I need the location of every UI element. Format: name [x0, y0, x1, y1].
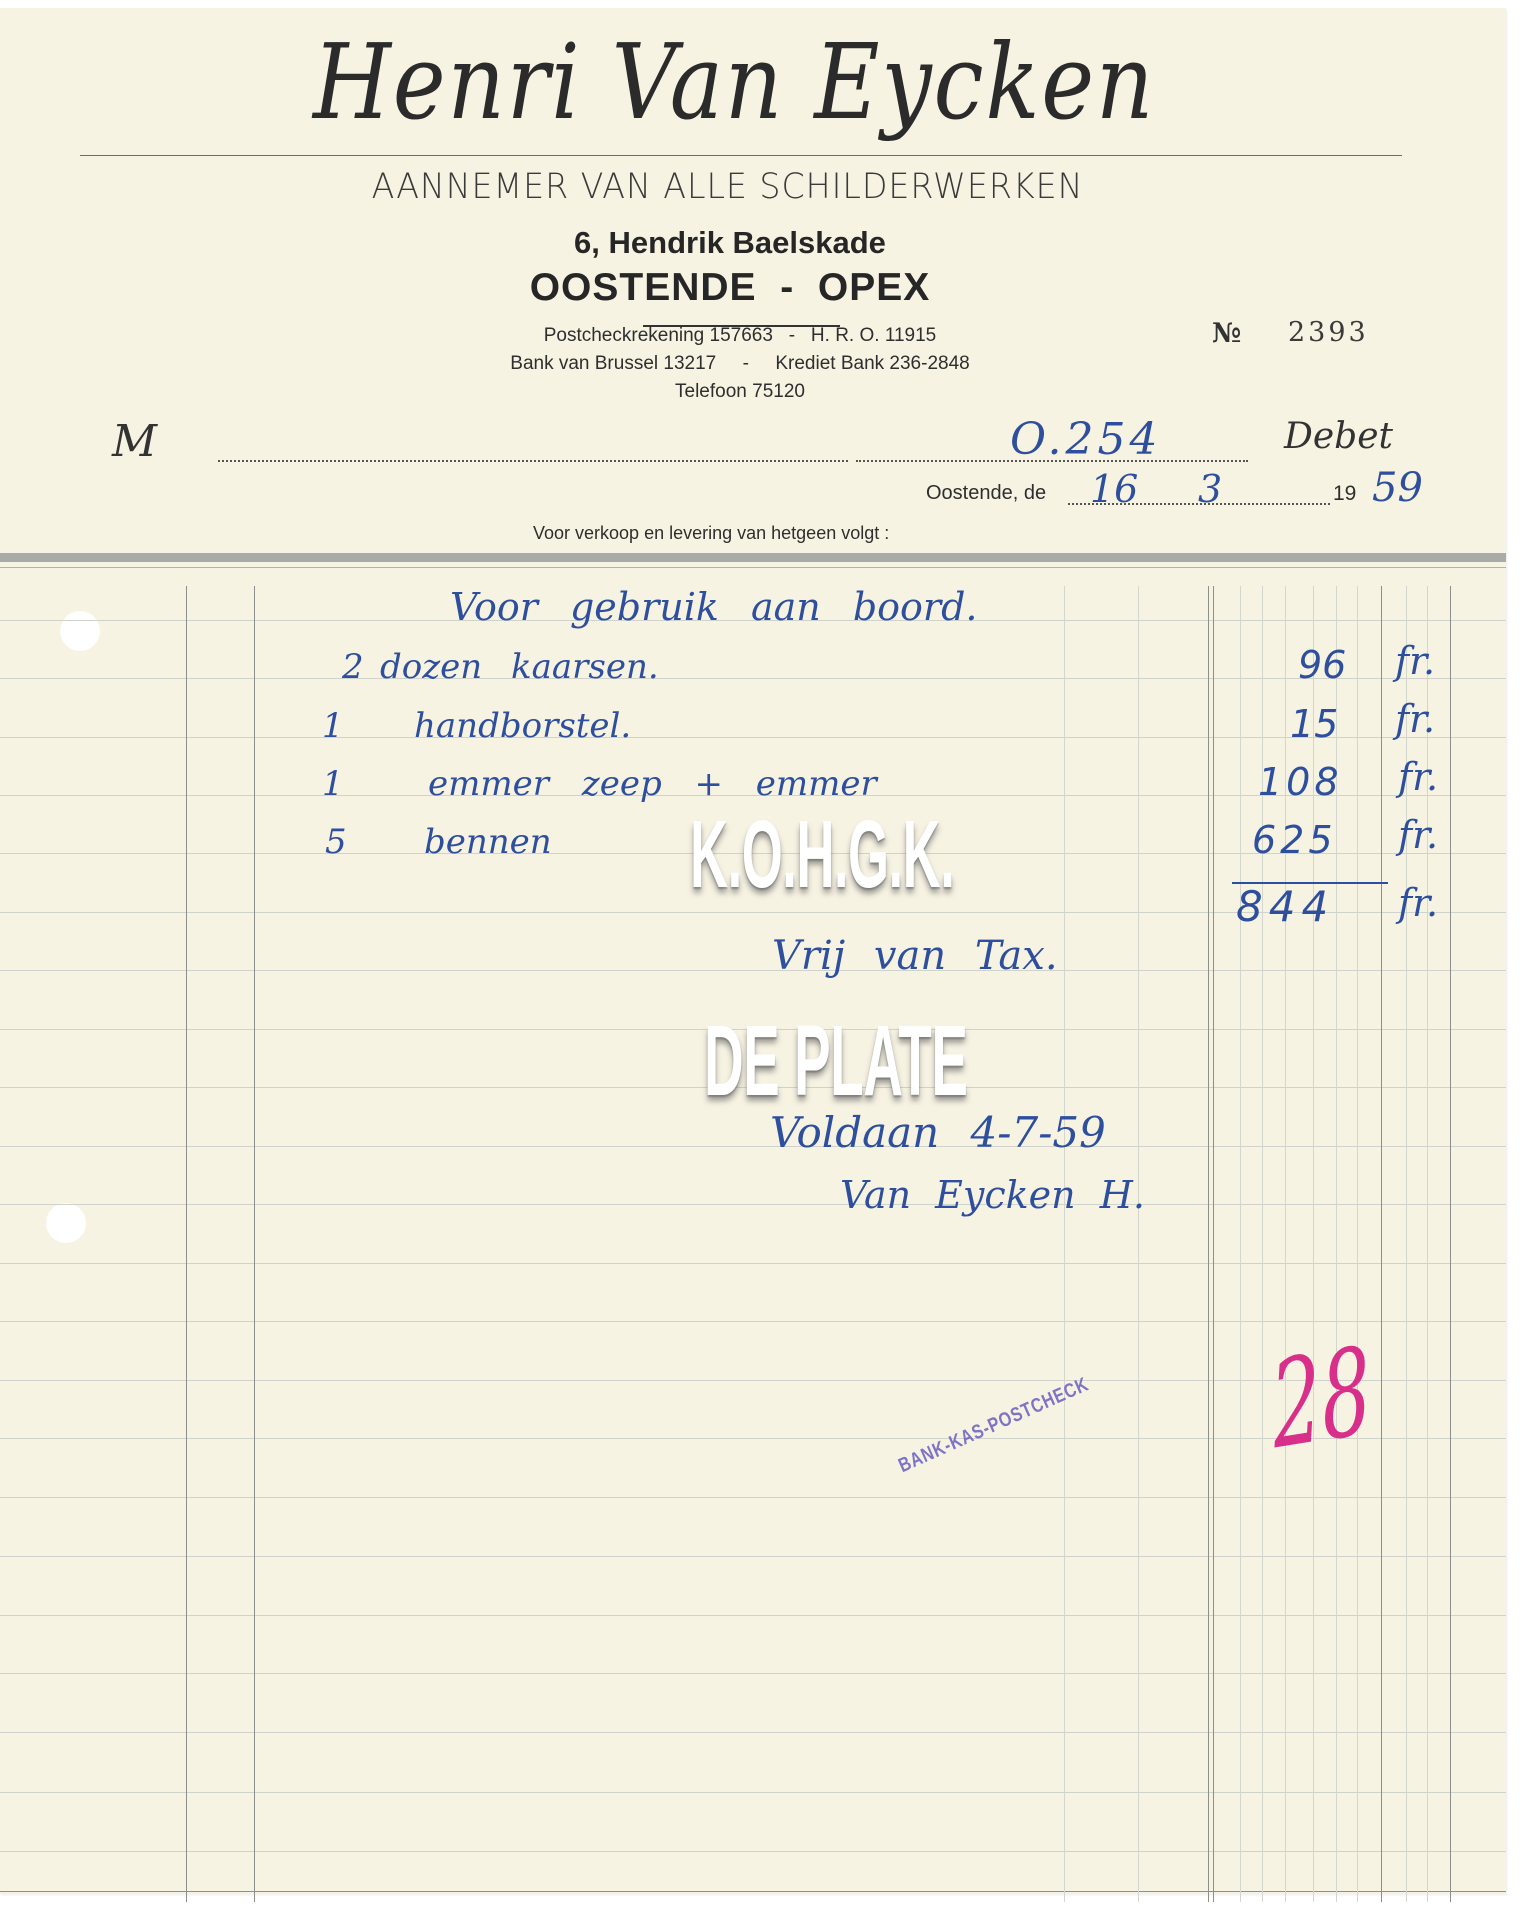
line-item-amount: 625	[1252, 821, 1337, 859]
company-address: 6, Hendrik Baelskade	[500, 225, 960, 261]
line-item-unit: fr.	[1395, 642, 1435, 680]
punch-hole-bottom	[46, 1203, 86, 1243]
red-pencil-mark: 28	[1268, 1332, 1375, 1467]
line-item-unit: fr.	[1398, 758, 1438, 796]
header-rule	[80, 155, 1402, 156]
watermark-line1: K.O.H.G.K.	[690, 800, 954, 910]
date-month: 3	[1198, 470, 1222, 508]
place-label: Oostende, de	[926, 482, 1046, 505]
invoice-paper: Henri Van Eycken AANNEMER VAN ALLE SCHIL…	[0, 8, 1506, 1894]
postcheck-line: Postcheckrekening 157663 - H. R. O. 1191…	[440, 325, 1040, 347]
bank-kas-postcheck-stamp: BANK-KAS-POSTCHECK	[895, 1373, 1092, 1478]
line-item-description: dozen kaarsen.	[380, 650, 659, 684]
ledger-header-rule	[0, 567, 1506, 568]
line-item-amount: 15	[1290, 705, 1338, 743]
customer-value: O.254	[1010, 418, 1161, 462]
date-day: 16	[1090, 470, 1138, 508]
line-item-unit: fr.	[1398, 816, 1438, 854]
customer-prefix: M	[112, 416, 157, 467]
line-item-qty: 1	[322, 709, 344, 743]
bank-line: Bank van Brussel 13217 - Krediet Bank 23…	[440, 353, 1040, 375]
line-item-description: handborstel.	[414, 709, 631, 743]
line-item-amount: 96	[1298, 646, 1346, 684]
year-suffix: 59	[1372, 468, 1423, 508]
items-heading: Voor gebruik aan boord.	[450, 588, 978, 626]
paid-note: Voldaan 4-7-59	[770, 1112, 1106, 1154]
line-item-qty: 5	[325, 825, 347, 859]
intro-text: Voor verkoop en levering van hetgeen vol…	[533, 523, 889, 544]
year-prefix: 19	[1333, 482, 1356, 506]
total-unit: fr.	[1398, 884, 1438, 922]
customer-dotted-line	[218, 460, 848, 462]
line-item-description: bennen	[424, 825, 552, 859]
debet-label: Debet	[1284, 416, 1393, 457]
invoice-number-label: №	[1212, 318, 1241, 349]
signature: Van Eycken H.	[840, 1176, 1145, 1214]
exemption-note: Vrij van Tax.	[772, 936, 1058, 976]
company-trade: AANNEMER VAN ALLE SCHILDERWERKEN	[357, 167, 1098, 207]
ledger-header-band	[0, 553, 1506, 562]
company-name: Henri Van Eycken	[313, 22, 1035, 142]
total-amount: 844	[1236, 886, 1334, 928]
punch-hole-top	[60, 611, 100, 651]
line-item-qty: 1	[322, 767, 344, 801]
line-item-amount: 108	[1258, 763, 1343, 801]
invoice-number: 2393	[1288, 317, 1369, 348]
line-item-description: emmer zeep + emmer	[428, 767, 877, 801]
company-city: OOSTENDE - OPEX	[500, 266, 960, 310]
line-item-unit: fr.	[1395, 700, 1435, 738]
phone-line: Telefoon 75120	[440, 381, 1040, 403]
watermark-line2: DE PLATE	[704, 1004, 967, 1119]
line-item-qty: 2	[342, 650, 364, 684]
